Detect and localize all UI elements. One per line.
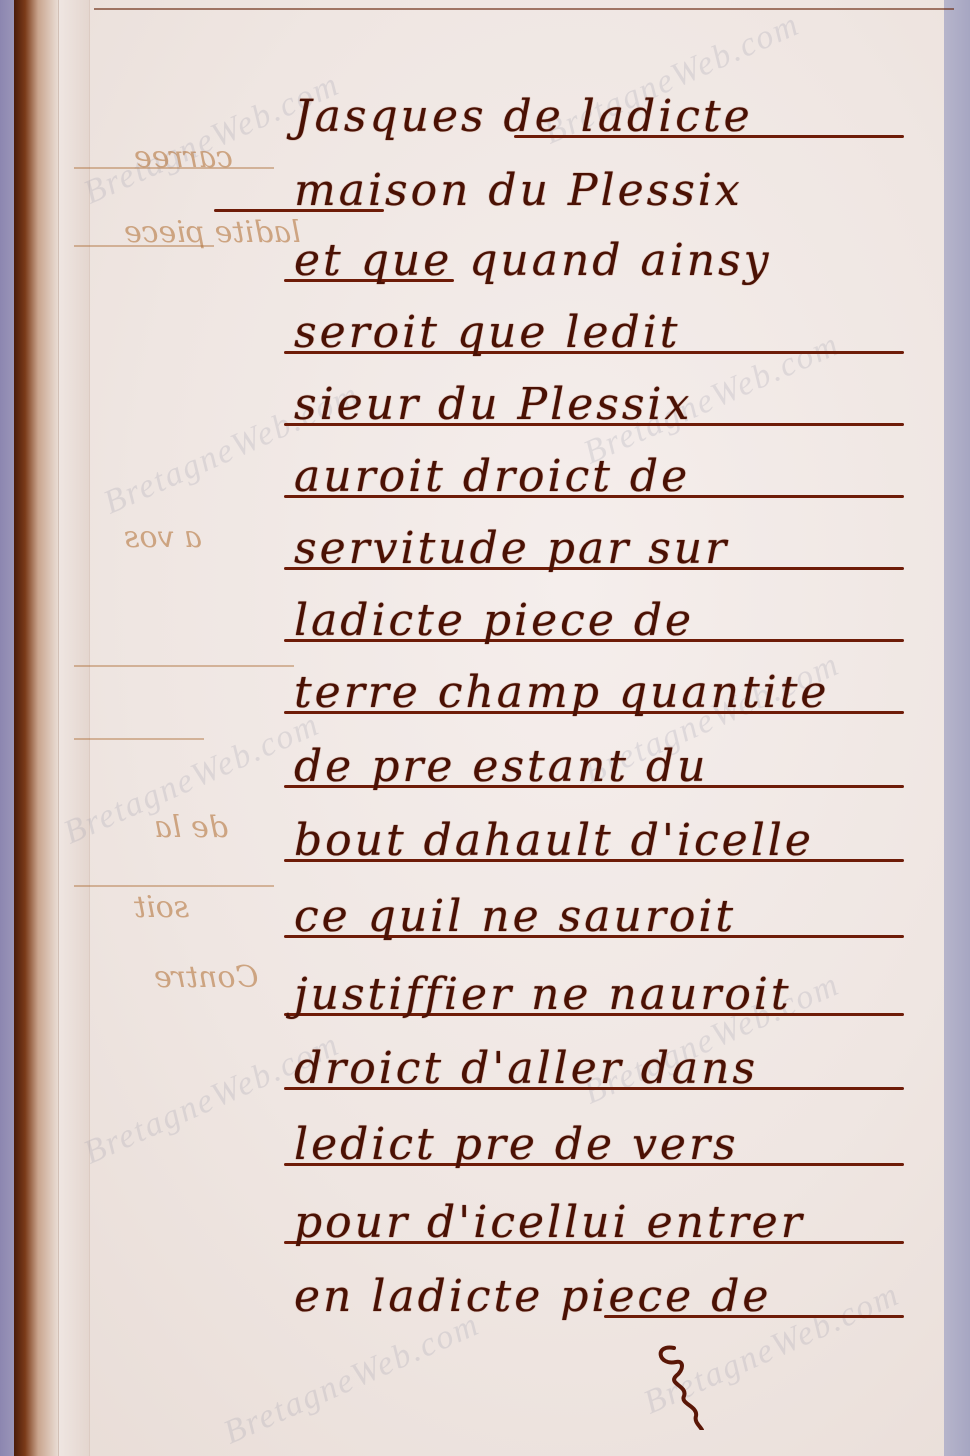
closing-flourish-icon bbox=[654, 1340, 714, 1430]
manuscript-line: servitude par sur bbox=[284, 524, 904, 584]
bleed-through-rule bbox=[74, 738, 204, 740]
page-fold bbox=[58, 0, 90, 1456]
bleed-through-text: soit bbox=[134, 890, 189, 925]
bleed-through-text: carree bbox=[134, 140, 233, 175]
manuscript-line: de pre estant du bbox=[284, 742, 904, 802]
manuscript-line: bout dahault d'icelle bbox=[284, 816, 904, 876]
manuscript-line: et que quand ainsy bbox=[284, 236, 904, 296]
page-top-edge bbox=[94, 0, 954, 10]
manuscript-line: ledict pre de vers bbox=[284, 1120, 904, 1180]
scan-background-right bbox=[942, 0, 970, 1456]
bleed-through-text: de la bbox=[154, 810, 228, 845]
manuscript-line: droict d'aller dans bbox=[284, 1044, 904, 1104]
manuscript-line: maison du Plessix bbox=[284, 166, 904, 226]
bleed-through-text: Contre bbox=[154, 960, 259, 995]
manuscript-line: justiffier ne nauroit bbox=[284, 970, 904, 1030]
manuscript-line: terre champ quantite bbox=[284, 668, 904, 728]
manuscript-line: Jasques de ladicte bbox=[284, 92, 904, 152]
bleed-through-rule bbox=[74, 167, 274, 169]
manuscript-line: en ladicte piece de bbox=[284, 1272, 904, 1332]
manuscript-line: auroit droict de bbox=[284, 452, 904, 512]
bleed-through-rule bbox=[74, 665, 294, 667]
bleed-through-text: a vos bbox=[124, 520, 202, 555]
bleed-through-rule bbox=[74, 245, 214, 247]
binding-edge bbox=[14, 0, 58, 1456]
manuscript-line: ladicte piece de bbox=[284, 596, 904, 656]
manuscript-line: seroit que ledit bbox=[284, 308, 904, 368]
manuscript-page: BretagneWeb.com BretagneWeb.com Bretagne… bbox=[14, 0, 944, 1456]
manuscript-line: ce quil ne sauroit bbox=[284, 892, 904, 952]
manuscript-line: pour d'icellui entrer bbox=[284, 1198, 904, 1258]
manuscript-line: sieur du Plessix bbox=[284, 380, 904, 440]
bleed-through-rule bbox=[74, 885, 274, 887]
